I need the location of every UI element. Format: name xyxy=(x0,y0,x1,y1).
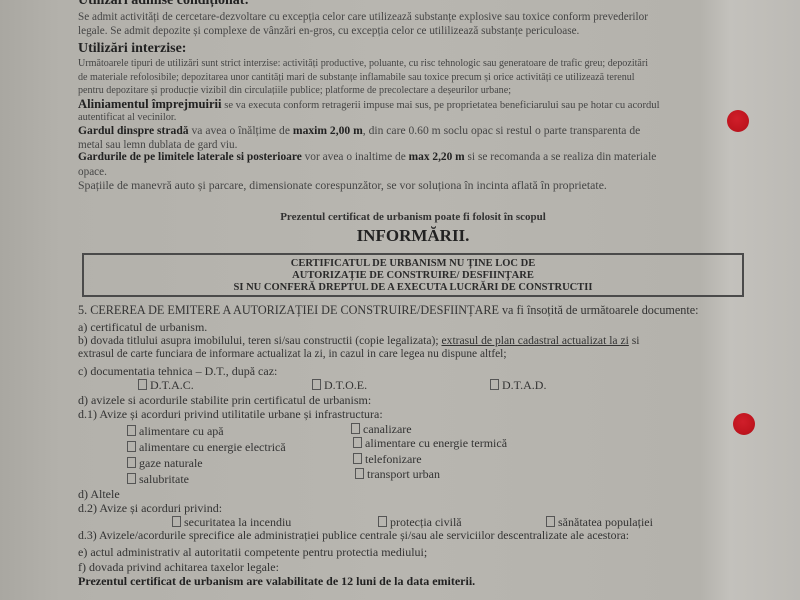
checkbox-label: securitatea la incendiu xyxy=(184,515,291,529)
checkbox-label: sănătatea populației xyxy=(558,515,653,529)
item-b-underlined: extrasul de plan cadastral actualizat la… xyxy=(442,334,629,347)
conditional-uses-line-1: Se admit activități de cercetare-dezvolt… xyxy=(78,12,648,23)
checkbox-icon xyxy=(127,473,136,484)
conditional-uses-line-2: legale. Se admit depozite și complexe de… xyxy=(78,26,579,37)
checkbox-gas[interactable]: gaze naturale xyxy=(127,457,203,469)
checkbox-heating[interactable]: alimentare cu energie termică xyxy=(353,437,507,449)
item-e: e) actul administrativ al autoritatii co… xyxy=(78,546,427,558)
checkbox-icon xyxy=(355,468,364,479)
item-b-suffix: si xyxy=(629,334,640,347)
notice-box: CERTIFICATUL DE URBANISM NU ȚINE LOC DE … xyxy=(82,253,744,297)
street-fence-text-rest: , din care 0.60 m soclu opac si restul o… xyxy=(363,124,641,137)
checkbox-icon xyxy=(127,441,136,452)
notice-line-1: CERTIFICATUL DE URBANISM NU ȚINE LOC DE xyxy=(84,259,742,270)
checkbox-label: telefonizare xyxy=(365,452,422,466)
red-marker-dot xyxy=(733,413,755,435)
checkbox-label: salubritate xyxy=(139,472,189,486)
checkbox-icon xyxy=(312,379,321,390)
checkbox-civil-protection[interactable]: protecția civilă xyxy=(378,516,462,528)
checkbox-public-health[interactable]: sănătatea populației xyxy=(546,516,653,528)
item-f: f) dovada privind achitarea taxelor lega… xyxy=(78,561,279,573)
forbidden-uses-line-2: de materiale refolosibile; depozitarea u… xyxy=(78,73,635,83)
side-fence-text-rest: si se recomanda a se realiza din materia… xyxy=(465,151,657,163)
alignment-line-2: autentificat al vecinilor. xyxy=(78,113,176,123)
forbidden-uses-line-3: pentru depozitare și producție vizibil d… xyxy=(78,86,511,96)
checkbox-label: canalizare xyxy=(363,422,412,436)
checkbox-label: gaze naturale xyxy=(139,456,203,470)
section-5-heading: 5. CEREREA DE EMITERE A AUTORIZAȚIEI DE … xyxy=(78,304,699,316)
forbidden-uses-line-1: Următoarele tipuri de utilizări sunt str… xyxy=(78,59,648,69)
d2-heading: d.2) Avize și acorduri privind: xyxy=(78,502,222,514)
checkbox-icon xyxy=(138,379,147,390)
checkbox-fire-safety[interactable]: securitatea la incendiu xyxy=(172,516,291,528)
parking-paragraph: Spațiile de manevră auto și parcare, dim… xyxy=(78,180,607,192)
alignment-paragraph: Aliniamentul împrejmuirii se va executa … xyxy=(78,98,660,112)
alignment-text: se va executa conform retragerii impuse … xyxy=(222,100,660,111)
item-b-text: b) dovada titlului asupra imobilului, te… xyxy=(78,334,442,347)
validity-statement: Prezentul certificat de urbanism are val… xyxy=(78,575,475,587)
checkbox-sanitation[interactable]: salubritate xyxy=(127,473,189,485)
item-a: a) certificatul de urbanism. xyxy=(78,321,207,333)
side-fence-paragraph: Gardurile de pe limitele laterale si pos… xyxy=(78,152,656,163)
purpose-title: INFORMĂRII. xyxy=(78,227,748,244)
checkbox-label: alimentare cu apă xyxy=(139,424,224,438)
checkbox-icon xyxy=(351,423,360,434)
street-fence-paragraph: Gardul dinspre stradă va avea o înălțime… xyxy=(78,125,640,137)
checkbox-icon xyxy=(490,379,499,390)
checkbox-dtac[interactable]: D.T.A.C. xyxy=(138,379,194,391)
checkbox-dtoe[interactable]: D.T.O.E. xyxy=(312,379,367,391)
checkbox-label: transport urban xyxy=(367,467,440,481)
item-d: d) avizele si acordurile stabilite prin … xyxy=(78,394,371,406)
side-fence-line-2: opace. xyxy=(78,167,107,178)
item-d-other: d) Altele xyxy=(78,488,120,500)
street-fence-line-2: metal sau lemn dublata de gard viu. xyxy=(78,140,237,151)
item-c: c) documentatia tehnica – D.T., după caz… xyxy=(78,365,277,377)
certificate-page: Utilizări admise condiționat: Se admit a… xyxy=(78,0,748,600)
checkbox-label: protecția civilă xyxy=(390,515,462,529)
alignment-label: Aliniamentul împrejmuirii xyxy=(78,97,222,111)
checkbox-icon xyxy=(353,453,362,464)
checkbox-dtad[interactable]: D.T.A.D. xyxy=(490,379,546,391)
checkbox-telephony[interactable]: telefonizare xyxy=(353,453,422,465)
checkbox-transport[interactable]: transport urban xyxy=(355,468,440,480)
red-marker-dot xyxy=(727,110,749,132)
checkbox-label: alimentare cu energie termică xyxy=(365,436,507,450)
conditional-uses-heading: Utilizări admise condiționat: xyxy=(78,0,249,8)
notice-line-2: AUTORIZAȚIE DE CONSTRUIRE/ DESFIINȚARE xyxy=(84,271,742,282)
checkbox-icon xyxy=(127,425,136,436)
street-fence-label: Gardul dinspre stradă xyxy=(78,124,189,137)
d1-heading: d.1) Avize și acorduri privind utilitati… xyxy=(78,408,383,420)
checkbox-electricity[interactable]: alimentare cu energie electrică xyxy=(127,441,286,453)
side-fence-text: vor avea o inaltime de xyxy=(302,151,409,163)
checkbox-icon xyxy=(378,516,387,527)
item-b-line-2: extrasul de carte funciara de informare … xyxy=(78,349,507,360)
side-fence-height: max 2,20 m xyxy=(409,151,465,163)
checkbox-label: D.T.A.C. xyxy=(150,378,194,392)
checkbox-icon xyxy=(353,437,362,448)
checkbox-icon xyxy=(127,457,136,468)
checkbox-label: D.T.A.D. xyxy=(502,378,546,392)
forbidden-uses-heading: Utilizări interzise: xyxy=(78,42,186,56)
street-fence-text: va avea o înălțime de xyxy=(189,124,293,137)
side-fence-label: Gardurile de pe limitele laterale si pos… xyxy=(78,151,302,163)
checkbox-icon xyxy=(546,516,555,527)
checkbox-water[interactable]: alimentare cu apă xyxy=(127,425,224,437)
checkbox-label: alimentare cu energie electrică xyxy=(139,440,286,454)
checkbox-label: D.T.O.E. xyxy=(324,378,367,392)
checkbox-icon xyxy=(172,516,181,527)
notice-line-3: SI NU CONFERĂ DREPTUL DE A EXECUTA LUCRĂ… xyxy=(84,283,742,294)
d3-heading: d.3) Avizele/acordurile sprecifice ale a… xyxy=(78,530,629,542)
street-fence-height: maxim 2,00 m xyxy=(293,124,363,137)
checkbox-sewerage[interactable]: canalizare xyxy=(351,423,412,435)
purpose-line: Prezentul certificat de urbanism poate f… xyxy=(78,212,748,223)
item-b: b) dovada titlului asupra imobilului, te… xyxy=(78,335,639,347)
